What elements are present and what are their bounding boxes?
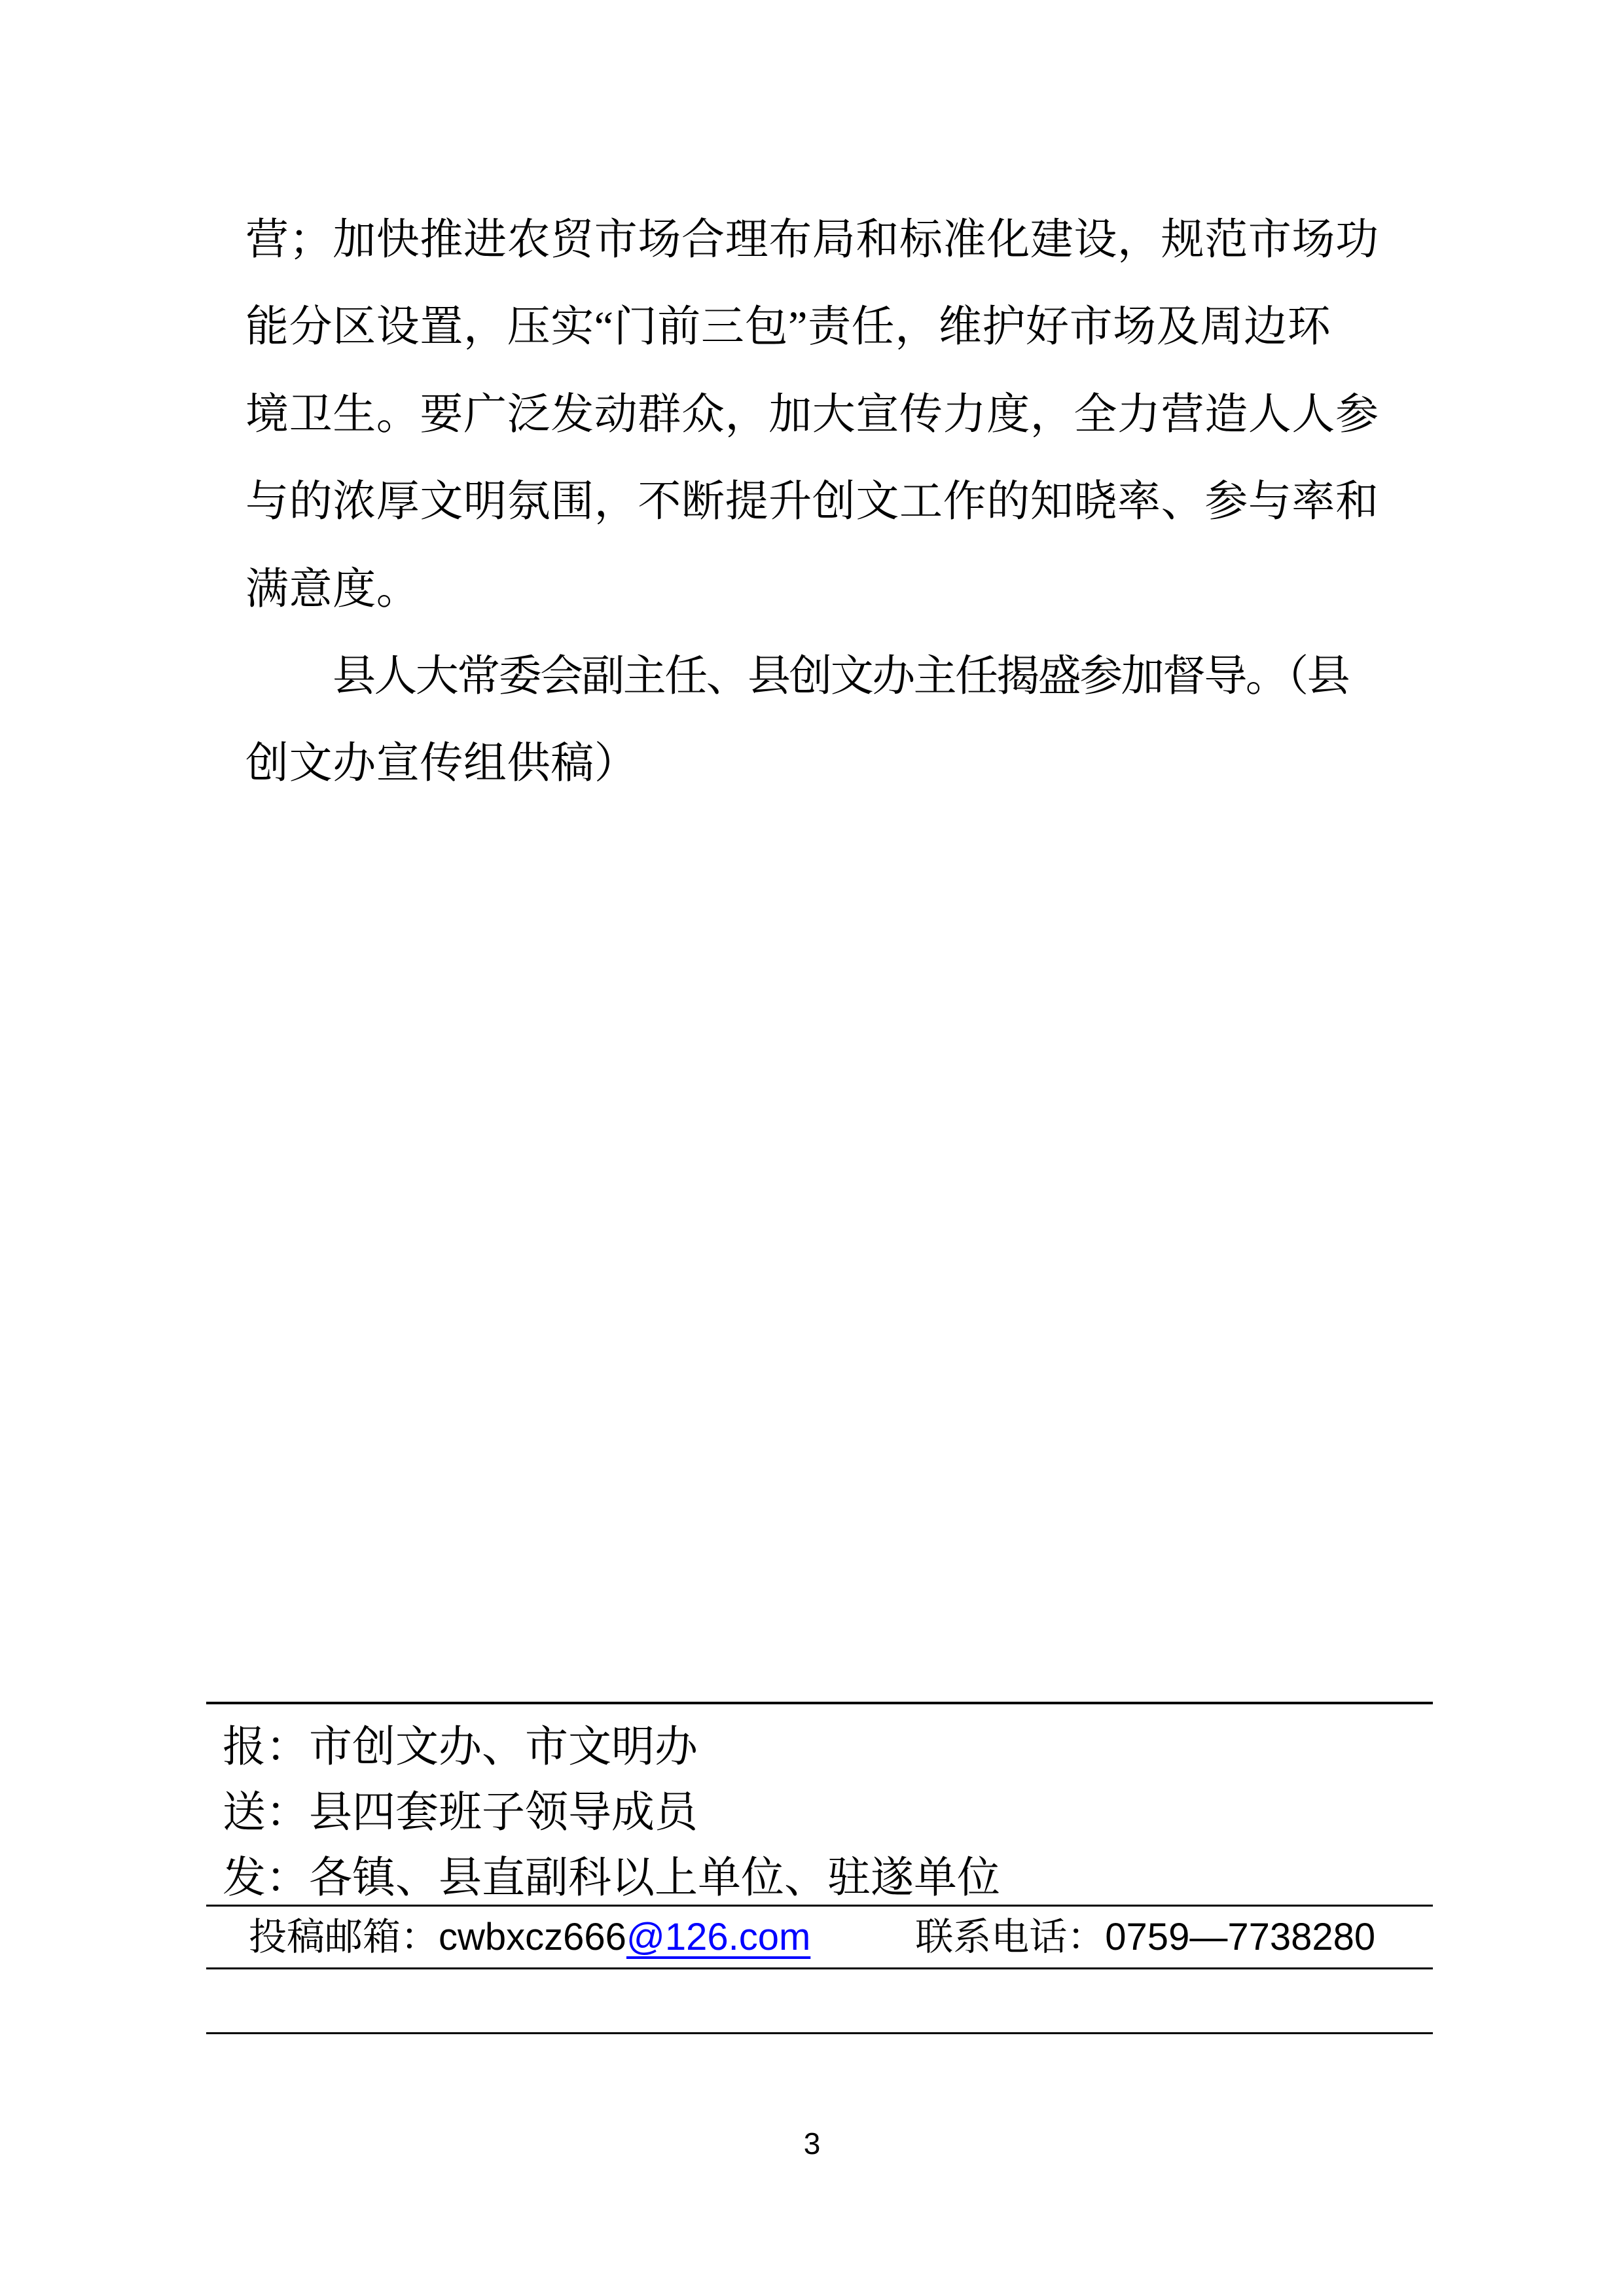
distribution-list: 报：市创文办、市文明办 送：县四套班子领导成员 发：各镇、县直副科以上单位、驻遂… <box>223 1715 1000 1911</box>
distribution-label: 发： <box>223 1854 309 1902</box>
phone-label: 联系电话： <box>915 1916 1105 1958</box>
email-label: 投稿邮箱： <box>249 1916 439 1958</box>
document-page: 营；加快推进农贸市场合理布局和标准化建设，规范市场功 能分区设置，压实“门前三包… <box>0 0 1624 2296</box>
phone-number: 0759—7738280 <box>1105 1916 1375 1958</box>
body-text-line: 县人大常委会副主任、县创文办主任揭盛参加督导。（县 <box>245 633 1379 720</box>
divider-line-lower <box>206 1967 1433 1969</box>
body-text-line: 能分区设置，压实“门前三包”责任，维护好市场及周边环 <box>245 283 1379 370</box>
distribution-value: 县四套班子领导成员 <box>309 1789 698 1837</box>
distribution-value: 各镇、县直副科以上单位、驻遂单位 <box>309 1854 1000 1902</box>
body-text-line: 创文办宣传组供稿） <box>245 720 1379 807</box>
distribution-row-send: 送：县四套班子领导成员 <box>223 1780 1000 1846</box>
distribution-row-report: 报：市创文办、市文明办 <box>223 1715 1000 1780</box>
body-paragraphs: 营；加快推进农贸市场合理布局和标准化建设，规范市场功 能分区设置，压实“门前三包… <box>245 196 1379 808</box>
body-text-line: 与的浓厚文明氛围，不断提升创文工作的知晓率、参与率和 <box>245 458 1379 545</box>
body-text-line: 境卫生。要广泛发动群众，加大宣传力度，全力营造人人参 <box>245 371 1379 458</box>
body-text-line: 满意度。 <box>245 546 1379 633</box>
distribution-label: 报： <box>223 1723 309 1771</box>
divider-line-middle <box>206 1905 1433 1907</box>
email-user: cwbxcz666 <box>439 1916 626 1958</box>
distribution-label: 送： <box>223 1789 309 1837</box>
distribution-value: 市创文办、市文明办 <box>309 1723 698 1771</box>
contact-row: 投稿邮箱：cwbxcz666@126.com联系电话：0759—7738280 <box>249 1916 1375 1958</box>
body-text-line: 营；加快推进农贸市场合理布局和标准化建设，规范市场功 <box>245 196 1379 283</box>
divider-line-top <box>206 1702 1433 1704</box>
divider-line-bottom <box>206 2032 1433 2034</box>
email-domain-link[interactable]: @126.com <box>626 1916 810 1958</box>
distribution-row-issue: 发：各镇、县直副科以上单位、驻遂单位 <box>223 1846 1000 1911</box>
page-number: 3 <box>0 2128 1624 2159</box>
